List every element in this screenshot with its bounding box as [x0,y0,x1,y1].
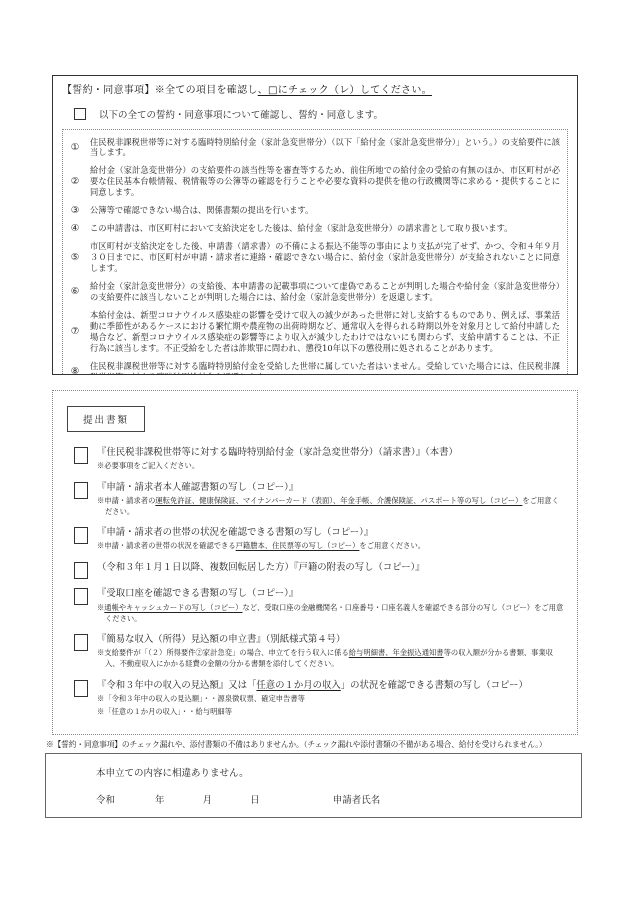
declaration-date-line: 令和 年 月 日 申請者氏名 [96,792,581,806]
pledge-section: 【誓約・同意事項】※全ての項目を確認し、□にチェック（レ）してください。 以下の… [52,75,578,375]
document-item: 『受取口座を確認できる書類の写し（コピー）』 ※通帳やキャッシュカードの写し（コ… [74,588,565,624]
pledge-item-row: ⑧ 住民税非課税世帯等に対する臨時特別給付金を受給した世帯に属していた者はいませ… [66,357,560,375]
pledge-item-row: ⑦ 本給付金は、新型コロナウイルス感染症の影響を受けて収入の減少があった世帯に対… [66,306,560,357]
pledge-item-text: 住民税非課税世帯等に対する臨時特別給付金を受給した世帯に属していた者はいません。… [90,361,560,375]
document-note: ※支給要件が「（２）所得要件②家計急変」の場合、申立てを行う収入に係る給与明細書… [97,648,565,670]
document-item: 『簡易な収入（所得）見込額の申立書』（別紙様式第４号） ※支給要件が「（２）所得… [74,634,565,670]
document-checkbox[interactable] [74,634,88,651]
document-note: ※申請・請求者の運転免許証、健康保険証、マイナンバーカード（表面）、年金手帳、介… [97,496,565,518]
agree-row: 以下の全ての誓約・同意事項について確認し、誓約・同意します。 [74,107,568,121]
date-era-label: 令和 [96,795,115,806]
document-title: 『受取口座を確認できる書類の写し（コピー）』 [97,588,565,600]
check-reminder-note: ※【誓約・同意事項】のチェック漏れや、添付書類の不備はありませんか。（チェック漏… [46,740,586,750]
document-title: 『令和３年中の収入の見込額』又は「任意の１か月の収入」の状況を確認できる書類の写… [97,680,565,692]
document-list: 『住民税非課税世帯等に対する臨時特別給付金（家計急変世帯分）（請求書）』（本書）… [74,447,565,718]
pledge-item-row: ④ この申請書は、市区町村において支給決定をした後は、給付金（家計急変世帯分）の… [66,220,560,238]
pledge-item-text: 本給付金は、新型コロナウイルス感染症の影響を受けて収入の減少があった世帯に対し支… [90,310,560,354]
pledge-item-text: 住民税非課税世帯等に対する臨時特別給付金（家計急変世帯分）（以下「給付金（家計急… [90,137,560,159]
date-year-label: 年 [155,795,165,806]
form-page: 【誓約・同意事項】※全ての項目を確認し、□にチェック（レ）してください。 以下の… [0,0,630,902]
pledge-item-text: この申請書は、市区町村において支給決定をした後は、給付金（家計急変世帯分）の請求… [90,223,512,234]
document-checkbox[interactable] [74,680,88,697]
documents-label: 提出書類 [67,406,145,432]
document-item: （令和３年１月１日以降、複数回転居した方）『戸籍の附表の写し（コピー）』 [74,562,565,579]
declaration-box: 本申立ての内容に相違ありません。 令和 年 月 日 申請者氏名 [45,753,582,818]
document-title: （令和３年１月１日以降、複数回転居した方）『戸籍の附表の写し（コピー）』 [97,562,565,574]
document-item: 『申請・請求者の世帯の状況を確認できる書類の写し（コピー）』 ※申請・請求者の世… [74,527,565,552]
pledge-item-text: 給付金（家計急変世帯分）の支給要件の該当性等を審査等するため、前住所地での給付金… [90,165,560,198]
pledge-items-table: ① 住民税非課税世帯等に対する臨時特別給付金（家計急変世帯分）（以下「給付金（家… [62,129,568,375]
pledge-item-number: ② [66,176,84,187]
pledge-item-row: ② 給付金（家計急変世帯分）の支給要件の該当性等を審査等するため、前住所地での給… [66,162,560,202]
document-note: ※通帳やキャッシュカードの写し（コピー）など、受取口座の金融機関名・口座番号・口… [97,603,565,625]
document-checkbox[interactable] [74,482,88,499]
pledge-item-row: ① 住民税非課税世帯等に対する臨時特別給付金（家計急変世帯分）（以下「給付金（家… [66,133,560,162]
pledge-item-row: ⑤ 市区町村が支給決定をした後、申請書（請求書）の不備による振込不能等の事由によ… [66,238,560,278]
document-note: ※「令和３年中の収入の見込額」・・源泉徴収票、確定申告書等 [97,694,565,705]
pledge-title: 【誓約・同意事項】※全ての項目を確認し、□にチェック（レ）してください。 [62,84,568,97]
document-checkbox[interactable] [74,588,88,605]
document-item: 『住民税非課税世帯等に対する臨時特別給付金（家計急変世帯分）（請求書）』（本書）… [74,447,565,472]
document-checkbox[interactable] [74,527,88,544]
applicant-name-label: 申請者氏名 [333,795,381,806]
pledge-item-text: 公簿等で確認できない場合は、関係書類の提出を行います。 [90,205,313,216]
document-item: 『令和３年中の収入の見込額』又は「任意の１か月の収入」の状況を確認できる書類の写… [74,680,565,718]
document-note: ※申請・請求者の世帯の状況を確認できる戸籍謄本、住民票等の写し（コピー）をご用意… [97,541,565,552]
document-checkbox[interactable] [74,447,88,464]
document-checkbox[interactable] [74,562,88,579]
pledge-item-number: ④ [66,223,84,234]
pledge-item-number: ⑧ [66,366,84,375]
pledge-item-number: ⑤ [66,252,84,263]
documents-section: 提出書類 『住民税非課税世帯等に対する臨時特別給付金（家計急変世帯分）（請求書）… [52,390,578,735]
document-title: 『簡易な収入（所得）見込額の申立書』（別紙様式第４号） [97,634,565,646]
document-title: 『申請・請求者本人確認書類の写し（コピー）』 [97,482,565,494]
pledge-item-number: ⑦ [66,326,84,337]
pledge-item-text: 給付金（家計急変世帯分）の支給後、本申請書の記載事項について虚偽であることが判明… [90,281,560,303]
document-note: ※必要事項をご記入ください。 [97,461,565,472]
agree-checkbox[interactable] [74,108,86,120]
declaration-statement: 本申立ての内容に相違ありません。 [96,765,581,779]
date-day-label: 日 [250,795,260,806]
document-item: 『申請・請求者本人確認書類の写し（コピー）』 ※申請・請求者の運転免許証、健康保… [74,482,565,518]
document-note: ※「任意の１か月の収入」・・給与明細等 [97,707,565,718]
date-month-label: 月 [203,795,213,806]
pledge-item-number: ③ [66,205,84,216]
document-title: 『住民税非課税世帯等に対する臨時特別給付金（家計急変世帯分）（請求書）』（本書） [97,447,565,459]
pledge-item-row: ③ 公簿等で確認できない場合は、関係書類の提出を行います。 [66,202,560,220]
pledge-item-row: ⑥ 給付金（家計急変世帯分）の支給後、本申請書の記載事項について虚偽であることが… [66,278,560,307]
pledge-item-text: 市区町村が支給決定をした後、申請書（請求書）の不備による振込不能等の事由により支… [90,241,560,274]
agree-label: 以下の全ての誓約・同意事項について確認し、誓約・同意します。 [99,107,383,121]
pledge-item-number: ⑥ [66,286,84,297]
document-title: 『申請・請求者の世帯の状況を確認できる書類の写し（コピー）』 [97,527,565,539]
pledge-item-number: ① [66,142,84,153]
